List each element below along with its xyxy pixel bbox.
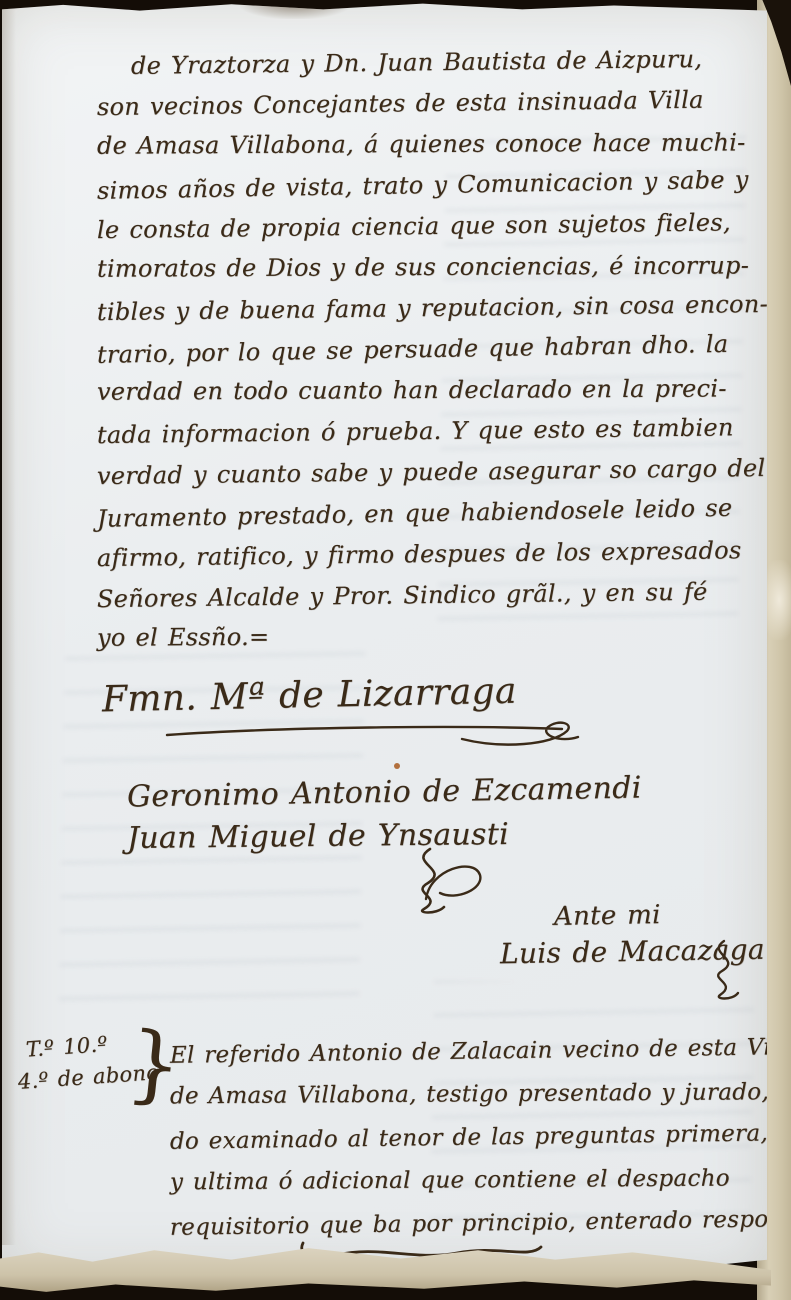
manuscript-line: son vecinos Concejantes de esta insinuad… bbox=[97, 85, 769, 134]
manuscript-line: de Amasa Villabona, testigo presentado y… bbox=[170, 1079, 791, 1127]
manuscript-page: de Yraztorza y Dn. Juan Bautista de Aizp… bbox=[2, 3, 767, 1275]
rubric-flourish bbox=[702, 939, 746, 1003]
manuscript-line: Señores Alcalde y Pror. Sindico grãl., y… bbox=[97, 577, 769, 626]
manuscript-line: y ultima ó adicional que contiene el des… bbox=[170, 1165, 791, 1213]
ink-spot bbox=[394, 763, 400, 769]
manuscript-line: do examinado al tenor de las preguntas p… bbox=[170, 1119, 791, 1172]
manuscript-photo: { "document": { "kind": "handwritten Spa… bbox=[0, 0, 791, 1300]
signature-ezcamendi: Geronimo Antonio de Ezcamendi bbox=[127, 771, 642, 815]
manuscript-line: timoratos de Dios y de sus conciencias, … bbox=[97, 251, 768, 296]
top-edge-stain bbox=[240, 3, 350, 19]
second-testimony-paragraph: El referido Antonio de Zalacain vecino d… bbox=[170, 1038, 791, 1253]
manuscript-line: verdad en todo cuanto han declarado en l… bbox=[97, 374, 768, 419]
manuscript-line: yo el Essño.= bbox=[97, 620, 768, 665]
ante-mi-swash bbox=[422, 859, 492, 907]
testimony-paragraph: de Yraztorza y Dn. Juan Bautista de Aizp… bbox=[97, 48, 768, 663]
manuscript-line: El referido Antonio de Zalacain vecino d… bbox=[170, 1033, 791, 1086]
left-deckle-edge bbox=[2, 3, 16, 1245]
manuscript-line: le consta de propia ciencia que son suje… bbox=[97, 208, 769, 257]
signature-lizarraga: Fmn. Mª de Lizarraga bbox=[102, 671, 517, 721]
signature-underline-flourish bbox=[162, 715, 582, 755]
ante-mi-label: Ante mi bbox=[554, 900, 661, 932]
